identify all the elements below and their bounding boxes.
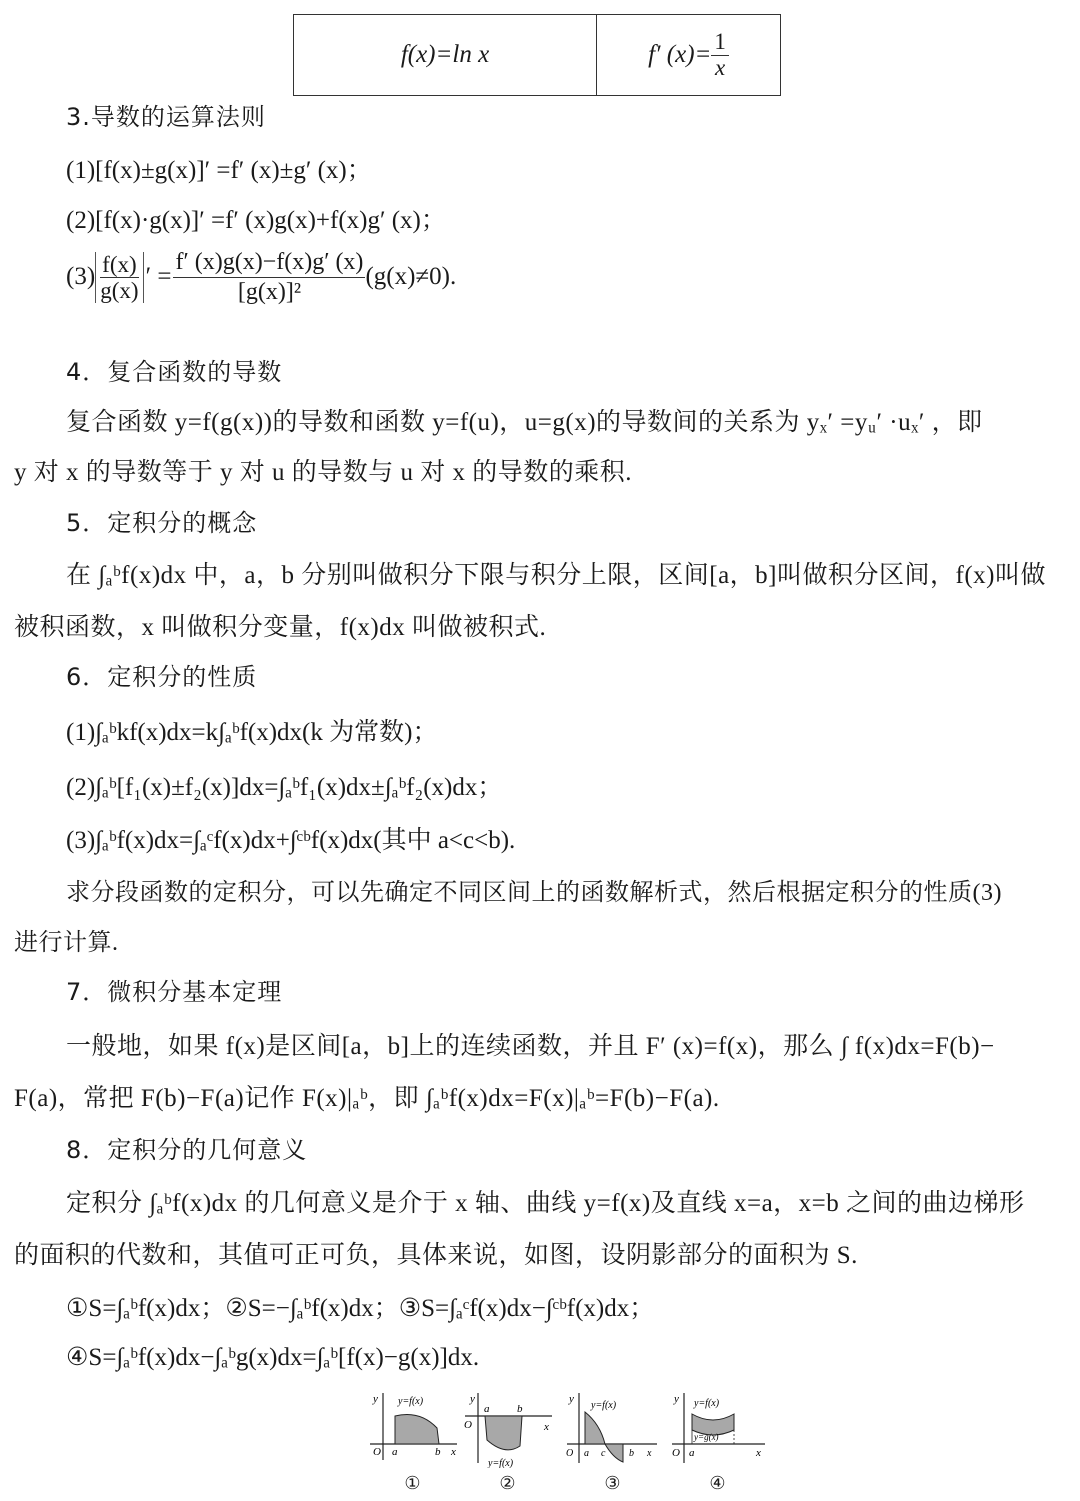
function-ln: f(x)=ln x [401,41,489,69]
svg-text:x: x [755,1447,761,1459]
svg-text:O: O [566,1448,573,1459]
svg-text:x: x [646,1448,652,1459]
integral-property-3: (3)∫ₐᵇf(x)dx=∫ₐᶜf(x)dx+∫ᶜᵇf(x)dx(其中 a<c<… [66,820,515,856]
figure-3: y y=f(x) O a c b x ③ [565,1388,660,1498]
section-5-heading: 5．定积分的概念 [66,503,257,538]
piecewise-note-line-2: 进行计算. [14,922,119,957]
integral-property-2: (2)∫ₐᵇ[f₁(x)±f₂(x)]dx=∫ₐᵇf₁(x)dx±∫ₐᵇf₂(x… [66,767,502,803]
curve-label: y=f(x) [487,1458,514,1468]
derivative-prefix: f′ (x)= [648,41,711,69]
svg-text:x: x [543,1421,549,1433]
table-cell-function: f(x)=ln x [294,15,597,95]
figure-3-graph: y y=f(x) O a c b x [565,1388,660,1468]
fundamental-theorem-line-1: 一般地，如果 f(x)是区间[a，b]上的连续函数，并且 F′ (x)=f(x)… [66,1026,995,1062]
svg-text:O: O [373,1446,381,1458]
svg-text:a: a [689,1447,695,1459]
area-cases-line-1: ①S=∫ₐᵇf(x)dx；②S=−∫ₐᵇf(x)dx；③S=∫ₐᶜf(x)dx−… [66,1288,654,1324]
section-3-heading: 3.导数的运算法则 [66,97,266,132]
figure-2: y a b O x y=f(x) ② [460,1388,555,1498]
figure-1-graph: y y=f(x) O a b x [365,1388,460,1468]
geometric-meaning-line-1: 定积分 ∫ₐᵇf(x)dx 的几何意义是介于 x 轴、曲线 y=f(x)及直线 … [66,1183,1025,1219]
figure-1: y y=f(x) O a b x ① [365,1388,460,1498]
svg-text:y: y [469,1393,475,1405]
geometric-meaning-line-2: 的面积的代数和，其值可正可负，具体来说，如图，设阴影部分的面积为 S. [14,1235,858,1271]
definite-integral-concept-line-1: 在 ∫ₐᵇf(x)dx 中，a，b 分别叫做积分下限与积分上限，区间[a，b]叫… [66,555,1046,591]
figure-1-label: ① [365,1473,460,1494]
sum-rule: (1)[f(x)±g(x)]′ =f′ (x)±g′ (x)； [66,150,372,186]
figure-2-label: ② [460,1473,555,1494]
svg-text:O: O [672,1447,680,1459]
curve2-label: y=g(x) [693,1432,719,1442]
section-4-heading: 4．复合函数的导数 [66,352,282,387]
area-figures: y y=f(x) O a b x ① y a b O x y=f(x) ② [360,1388,780,1498]
svg-text:a: a [584,1448,589,1459]
quotient-bracket: f(x) g(x) [95,252,143,304]
section-8-heading: 8．定积分的几何意义 [66,1130,307,1165]
svg-text:y: y [372,1393,378,1405]
svg-text:a: a [392,1446,398,1458]
composite-derivative-line-2: y 对 x 的导数等于 y 对 u 的导数与 u 对 x 的导数的乘积. [14,452,632,488]
curve-label: y=f(x) [590,1400,617,1411]
figure-4: y y=f(x) y=g(x) O a x ④ [670,1388,765,1498]
figure-4-label: ④ [670,1473,765,1494]
section-7-heading: 7．微积分基本定理 [66,972,282,1007]
svg-text:x: x [450,1446,456,1458]
svg-text:b: b [517,1403,523,1415]
curve-label: y=f(x) [693,1398,720,1409]
quotient-fraction: f′ (x)g(x)−f(x)g′ (x) [g(x)]² [173,248,365,307]
piecewise-note-line-1: 求分段函数的定积分，可以先确定不同区间上的函数解析式，然后根据定积分的性质(3) [66,872,1002,907]
quotient-rule: (3) f(x) g(x) ′ = f′ (x)g(x)−f(x)g′ (x) … [66,248,456,307]
svg-text:y: y [568,1393,574,1405]
svg-text:a: a [484,1403,490,1415]
product-rule: (2)[f(x)·g(x)]′ =f′ (x)g(x)+f(x)g′ (x)； [66,200,446,236]
fraction-one-over-x: 1 x [711,30,729,79]
figure-2-graph: y a b O x y=f(x) [460,1388,555,1468]
figure-3-label: ③ [565,1473,660,1494]
svg-text:O: O [464,1419,472,1431]
svg-text:y: y [673,1393,679,1405]
integral-property-1: (1)∫ₐᵇkf(x)dx=k∫ₐᵇf(x)dx(k 为常数)； [66,712,437,748]
svg-text:b: b [435,1446,441,1458]
section-6-heading: 6．定积分的性质 [66,657,257,692]
definite-integral-concept-line-2: 被积函数，x 叫做积分变量，f(x)dx 叫做被积式. [14,607,546,643]
area-cases-line-2: ④S=∫ₐᵇf(x)dx−∫ₐᵇg(x)dx=∫ₐᵇ[f(x)−g(x)]dx. [66,1342,479,1372]
curve-label: y=f(x) [397,1396,424,1407]
derivative-table-row: f(x)=ln x f′ (x)= 1 x [293,14,781,96]
fundamental-theorem-line-2: F(a)，常把 F(b)−F(a)记作 F(x)|ₐᵇ，即 ∫ₐᵇf(x)dx=… [14,1078,720,1114]
composite-derivative-line-1: 复合函数 y=f(g(x))的导数和函数 y=f(u)，u=g(x)的导数间的关… [66,402,983,438]
svg-text:c: c [601,1448,606,1459]
svg-text:b: b [629,1448,634,1459]
table-cell-derivative: f′ (x)= 1 x [597,15,780,95]
figure-4-graph: y y=f(x) y=g(x) O a x [670,1388,770,1468]
